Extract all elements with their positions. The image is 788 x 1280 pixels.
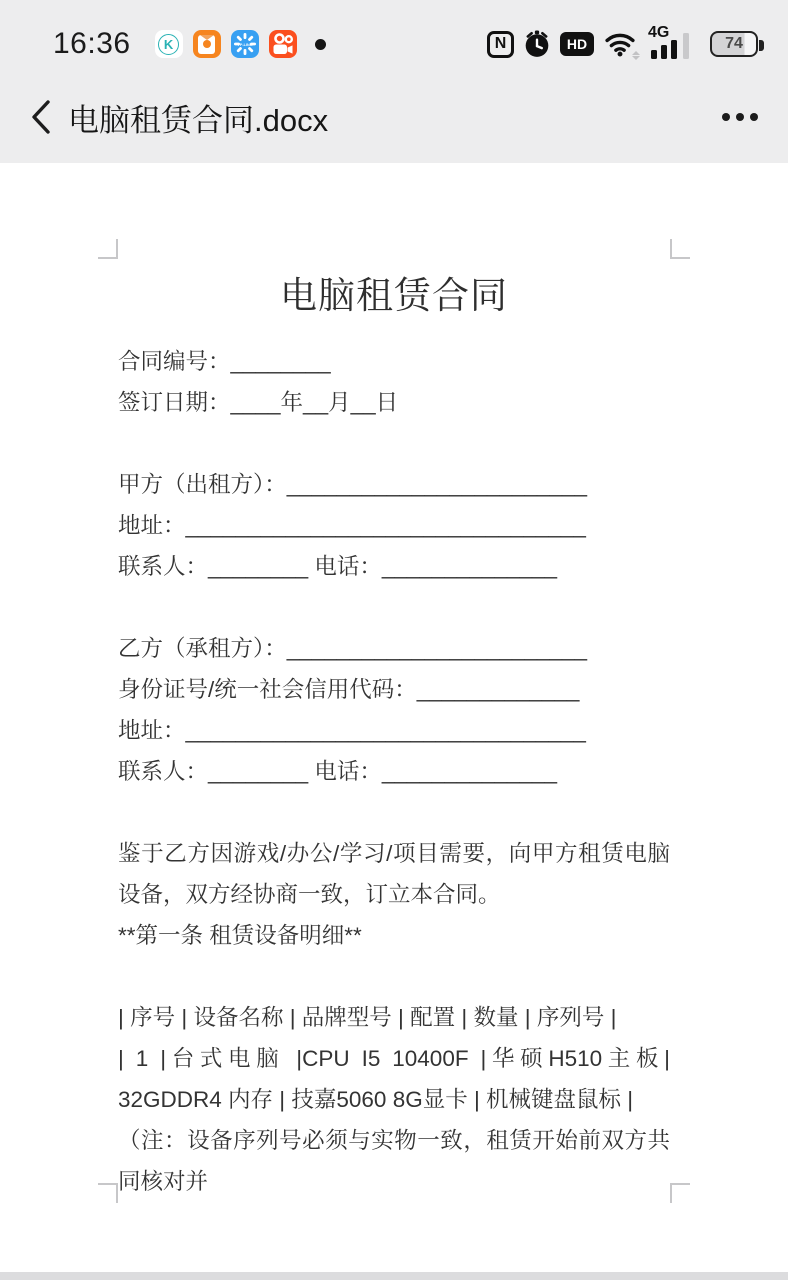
party-b-id-line: 身份证号/统一社会信用代码：_____________	[118, 669, 670, 710]
preamble-paragraph: 鉴于乙方因游戏/办公/学习/项目需要，向甲方租赁电脑设备，双方经协商一致，订立本…	[118, 833, 670, 915]
tplink-app-icon: TP-LINK	[231, 30, 259, 58]
equipment-table-header: | 序号 | 设备名称 | 品牌型号 | 配置 | 数量 | 序列号 |	[118, 997, 670, 1038]
article-1-heading: **第一条 租赁设备明细**	[118, 915, 670, 956]
party-b-address-line: 地址：________________________________	[118, 710, 670, 751]
nfc-icon: N	[487, 31, 514, 58]
battery-icon: 74	[710, 31, 758, 57]
page-margin-corner-top-left	[98, 239, 118, 259]
clock-time: 16:36	[53, 27, 131, 61]
hd-voice-icon: HD	[560, 32, 594, 56]
document-page[interactable]: 电脑租赁合同 合同编号：________ 签订日期：____年__月__日 甲方…	[0, 163, 788, 1272]
nfc-letter: N	[495, 35, 507, 53]
party-a-line: 甲方（出租方）：________________________	[118, 464, 670, 505]
more-dots-icon	[722, 113, 730, 121]
status-bar: 16:36 K	[0, 20, 788, 68]
notification-icons: K	[155, 30, 326, 58]
k-letter: K	[158, 34, 179, 55]
phone-screen: 16:36 K	[0, 0, 788, 1280]
nav-bar: 电脑租赁合同.docx	[0, 86, 788, 148]
more-menu-button[interactable]	[720, 103, 760, 131]
network-type-label: 4G	[648, 24, 669, 42]
envelope-shape	[198, 35, 215, 54]
serial-note-line: （注：设备序列号必须与实物一致，租赁开始前双方共同核对并	[118, 1120, 670, 1202]
coin-shape	[203, 40, 211, 48]
page-margin-corner-bottom-left	[98, 1183, 118, 1203]
cellular-signal-icon: 4G	[648, 27, 700, 61]
contract-body: 合同编号：________ 签订日期：____年__月__日 甲方（出租方）：_…	[118, 341, 670, 1202]
alarm-clock-icon	[524, 30, 550, 58]
network-traffic-arrows-icon	[632, 51, 640, 60]
equipment-table-row: | 1 |台式电脑 |CPU I5 10400F |华硕H510主板| 32GD…	[118, 1038, 670, 1120]
battery-percent: 74	[725, 35, 743, 53]
top-bar: 16:36 K	[0, 0, 788, 163]
blank-line	[118, 956, 670, 997]
tplink-spinner-icon: TP-LINK	[231, 30, 259, 58]
party-a-address-line: 地址：________________________________	[118, 505, 670, 546]
signing-date-line: 签订日期：____年__月__日	[118, 382, 670, 423]
page-margin-corner-top-right	[670, 239, 690, 259]
document-filename: 电脑租赁合同.docx	[68, 95, 328, 140]
kuaishou-app-icon	[269, 30, 297, 58]
more-notifications-dot	[315, 39, 326, 50]
back-button[interactable]	[22, 95, 60, 139]
video-camera-icon	[269, 30, 297, 58]
page-margin-corner-bottom-right	[670, 1183, 690, 1203]
k-circle-app-icon: K	[155, 30, 183, 58]
status-icons: N HD	[487, 27, 758, 61]
page-bottom-gap	[0, 1272, 788, 1280]
party-b-line: 乙方（承租方）：________________________	[118, 628, 670, 669]
red-packet-app-icon	[193, 30, 221, 58]
party-b-contact-line: 联系人：________ 电话：______________	[118, 751, 670, 792]
contract-number-line: 合同编号：________	[118, 341, 670, 382]
blank-line	[118, 792, 670, 833]
blank-line	[118, 423, 670, 464]
battery-nub	[759, 40, 764, 51]
wifi-icon	[604, 30, 638, 58]
blank-line	[118, 587, 670, 628]
party-a-contact-line: 联系人：________ 电话：______________	[118, 546, 670, 587]
contract-title: 电脑租赁合同	[0, 265, 788, 319]
tplink-label: TP-LINK	[237, 43, 252, 47]
chevron-left-icon	[29, 99, 53, 135]
